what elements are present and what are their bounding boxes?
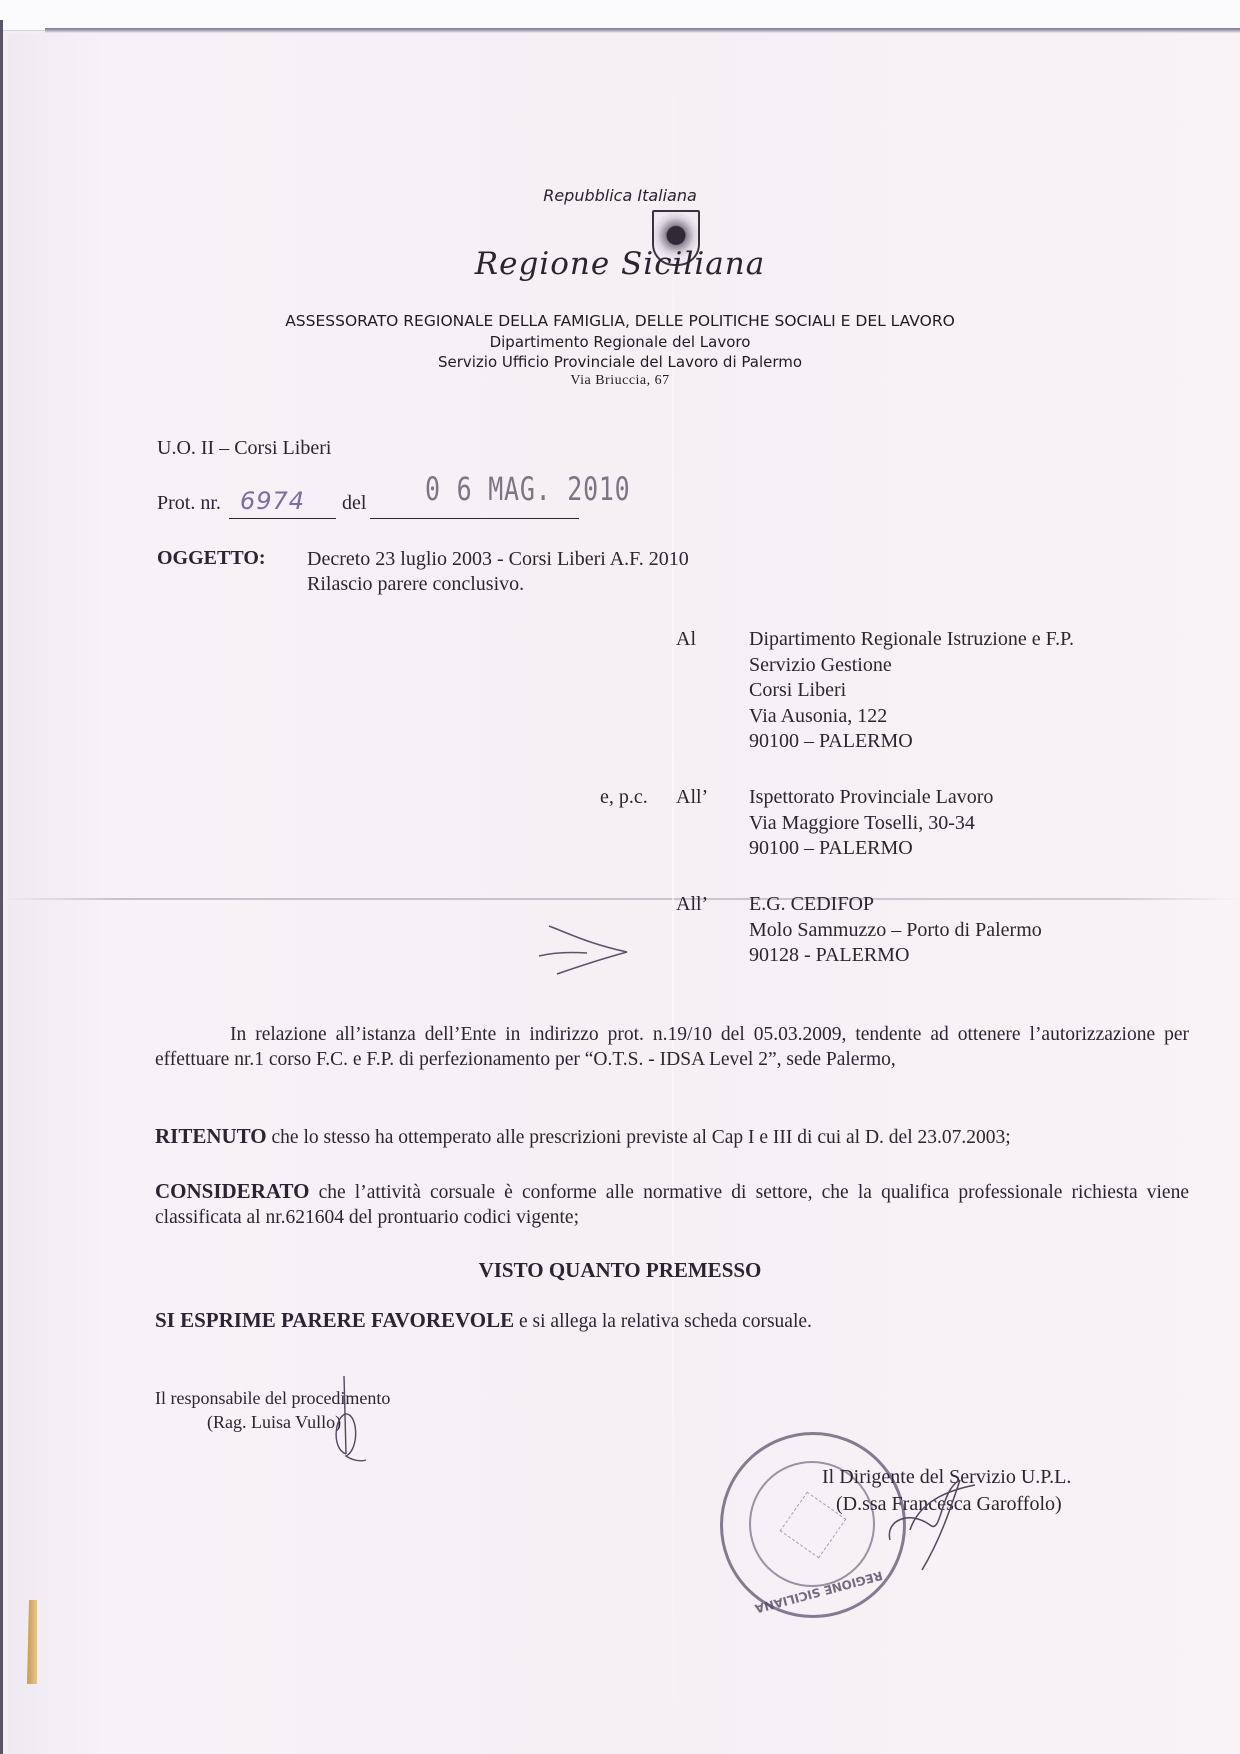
protocol-underline	[229, 518, 336, 519]
responsabile-name: (Rag. Luisa Vullo)	[207, 1412, 341, 1433]
letterhead-servizio: Servizio Ufficio Provinciale del Lavoro …	[0, 353, 1240, 371]
recipient-address-line: E.G. CEDIFOP	[749, 893, 874, 916]
intro-paragraph: In relazione all’istanza dell’Ente in in…	[155, 1022, 1189, 1072]
esprime-paragraph: SI ESPRIME PARERE FAVOREVOLE e si allega…	[155, 1308, 812, 1334]
subject-line-1: Decreto 23 luglio 2003 - Corsi Liberi A.…	[307, 548, 689, 571]
letterhead-region: Regione Siciliana	[0, 246, 1240, 282]
recipient-prefix: Al	[676, 628, 696, 651]
subject-line-2: Rilascio parere conclusivo.	[307, 573, 524, 596]
recipient-address-line: Via Maggiore Toselli, 30-34	[749, 812, 975, 835]
recipient-address-line: Dipartimento Regionale Istruzione e F.P.	[749, 628, 1074, 651]
considerato-paragraph: CONSIDERATO che l’attività corsuale è co…	[155, 1179, 1189, 1230]
recipient-address-line: Servizio Gestione	[749, 654, 892, 677]
considerato-label: CONSIDERATO	[155, 1179, 309, 1203]
official-round-stamp: REGIONE SICILIANA	[720, 1432, 906, 1618]
recipient-address-line: Via Ausonia, 122	[749, 705, 887, 728]
letterhead-dipartimento: Dipartimento Regionale del Lavoro	[0, 333, 1240, 351]
unit-label: U.O. II – Corsi Liberi	[157, 437, 331, 460]
recipient-cc-prefix: e, p.c.	[600, 786, 648, 809]
ritenuto-label: RITENUTO	[155, 1124, 267, 1148]
dirigente-signature-icon	[880, 1470, 980, 1580]
recipient-address-line: 90100 – PALERMO	[749, 730, 913, 753]
recipient-address-line: 90128 - PALERMO	[749, 944, 909, 967]
considerato-text: che l’attività corsuale è conforme alle …	[155, 1182, 1189, 1228]
subject-label: OGGETTO:	[157, 547, 266, 570]
protocol-number-handwritten: 6974	[240, 487, 305, 515]
recipient-address-line: Ispettorato Provinciale Lavoro	[749, 786, 993, 809]
ritenuto-text: che lo stesso ha ottemperato alle prescr…	[267, 1127, 1011, 1148]
letterhead-address: Via Briuccia, 67	[0, 373, 1240, 389]
letterhead-republic: Repubblica Italiana	[0, 186, 1240, 205]
recipient-address-line: Corsi Liberi	[749, 679, 846, 702]
date-label: del	[342, 492, 366, 515]
scan-top-margin	[0, 0, 1240, 31]
date-underline	[370, 518, 579, 519]
responsabile-signature-icon	[330, 1374, 370, 1474]
letterhead-assessorato: ASSESSORATO REGIONALE DELLA FAMIGLIA, DE…	[0, 312, 1240, 330]
handwritten-arrow-icon	[535, 918, 635, 978]
ritenuto-paragraph: RITENUTO che lo stesso ha ottemperato al…	[155, 1124, 1011, 1150]
paper-fold-vertical	[672, 40, 674, 1754]
protocol-label: Prot. nr.	[157, 492, 221, 515]
recipient-address-line: Molo Sammuzzo – Porto di Palermo	[749, 919, 1042, 942]
date-stamp: 0 6 MAG. 2010	[425, 470, 630, 508]
esprime-label: SI ESPRIME PARERE FAVOREVOLE	[155, 1308, 514, 1332]
recipient-address-line: 90100 – PALERMO	[749, 837, 913, 860]
paper-top-edge-shadow	[45, 28, 1240, 33]
paper-fold-horizontal	[0, 898, 1240, 900]
recipient-prefix: All’	[676, 786, 708, 809]
recipient-prefix: All’	[676, 893, 708, 916]
visto-heading: VISTO QUANTO PREMESSO	[0, 1258, 1240, 1283]
esprime-text: e si allega la relativa scheda corsuale.	[514, 1311, 812, 1332]
